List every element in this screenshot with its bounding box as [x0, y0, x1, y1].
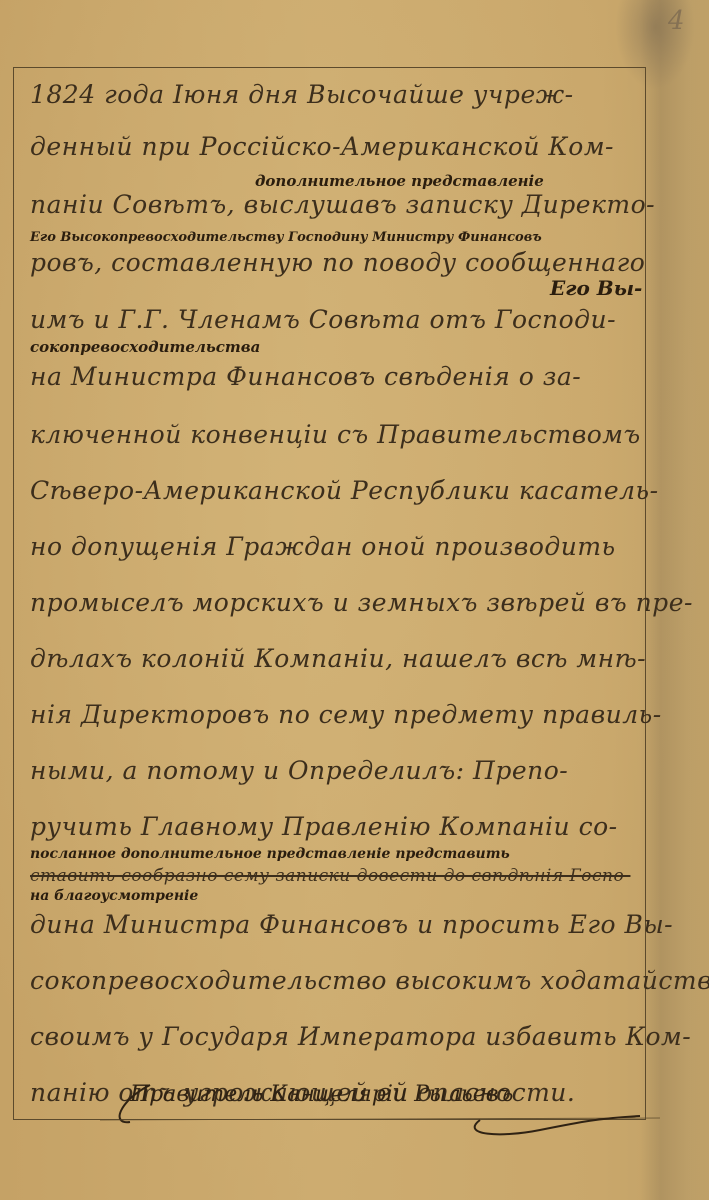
insertion: посланное дополнительное представленіе п…	[30, 846, 510, 862]
manuscript-line: 1824 года Іюня дня Высочайше учреж-	[30, 80, 574, 109]
manuscript-line: паніи Совѣтъ, выслушавъ записку Директо-	[30, 190, 655, 219]
manuscript-line: Сѣверо-Американской Республики касатель-	[30, 476, 659, 505]
manuscript-line: на Министра Финансовъ свѣденія о за-	[30, 362, 581, 391]
manuscript-line: дина Министра Финансовъ и просить Его Вы…	[30, 910, 673, 939]
manuscript-line: денный при Россійско-Американской Ком-	[30, 132, 614, 161]
manuscript-line: ровъ, составленную по поводу сообщеннаго	[30, 248, 645, 277]
manuscript-line: нія Директоровъ по сему предмету правиль…	[30, 700, 662, 729]
insertion: на благоусмотреніе	[30, 888, 198, 904]
manuscript-line: сокопревосходительство высокимъ ходатайс…	[30, 966, 709, 995]
insertion: Его Высокопревосходительству Господину М…	[30, 230, 542, 245]
manuscript-line: ными, а потому и Определилъ: Препо-	[30, 756, 568, 785]
manuscript-line: своимъ у Государя Императора избавить Ко…	[30, 1022, 691, 1051]
manuscript-line: ручить Главному Правленію Компаніи со-	[30, 812, 618, 841]
insertion: сокопревосходительства	[30, 338, 260, 356]
document-page: 4 1824 года Іюня дня Высочайше учреж- де…	[0, 0, 709, 1200]
manuscript-line: ключенной конвенціи съ Правительствомъ	[30, 420, 641, 449]
folio-number: 4	[668, 6, 685, 36]
manuscript-line: дѣлахъ колоній Компаніи, нашелъ всѣ мнѣ-	[30, 644, 646, 673]
manuscript-line: промыселъ морскихъ и земныхъ звѣрей въ п…	[30, 588, 693, 617]
manuscript-line: но допущенія Граждан оной производить	[30, 532, 616, 561]
insertion: Его Вы-	[550, 276, 642, 300]
manuscript-line: ставить сообразно сему записки довести д…	[30, 866, 630, 886]
manuscript-line: имъ и Г.Г. Членамъ Совѣта отъ Господи-	[30, 305, 616, 334]
signature: Правитель Канцеляріи Рыльевъ	[130, 1082, 513, 1107]
insertion: дополнительное представленіе	[255, 172, 544, 190]
